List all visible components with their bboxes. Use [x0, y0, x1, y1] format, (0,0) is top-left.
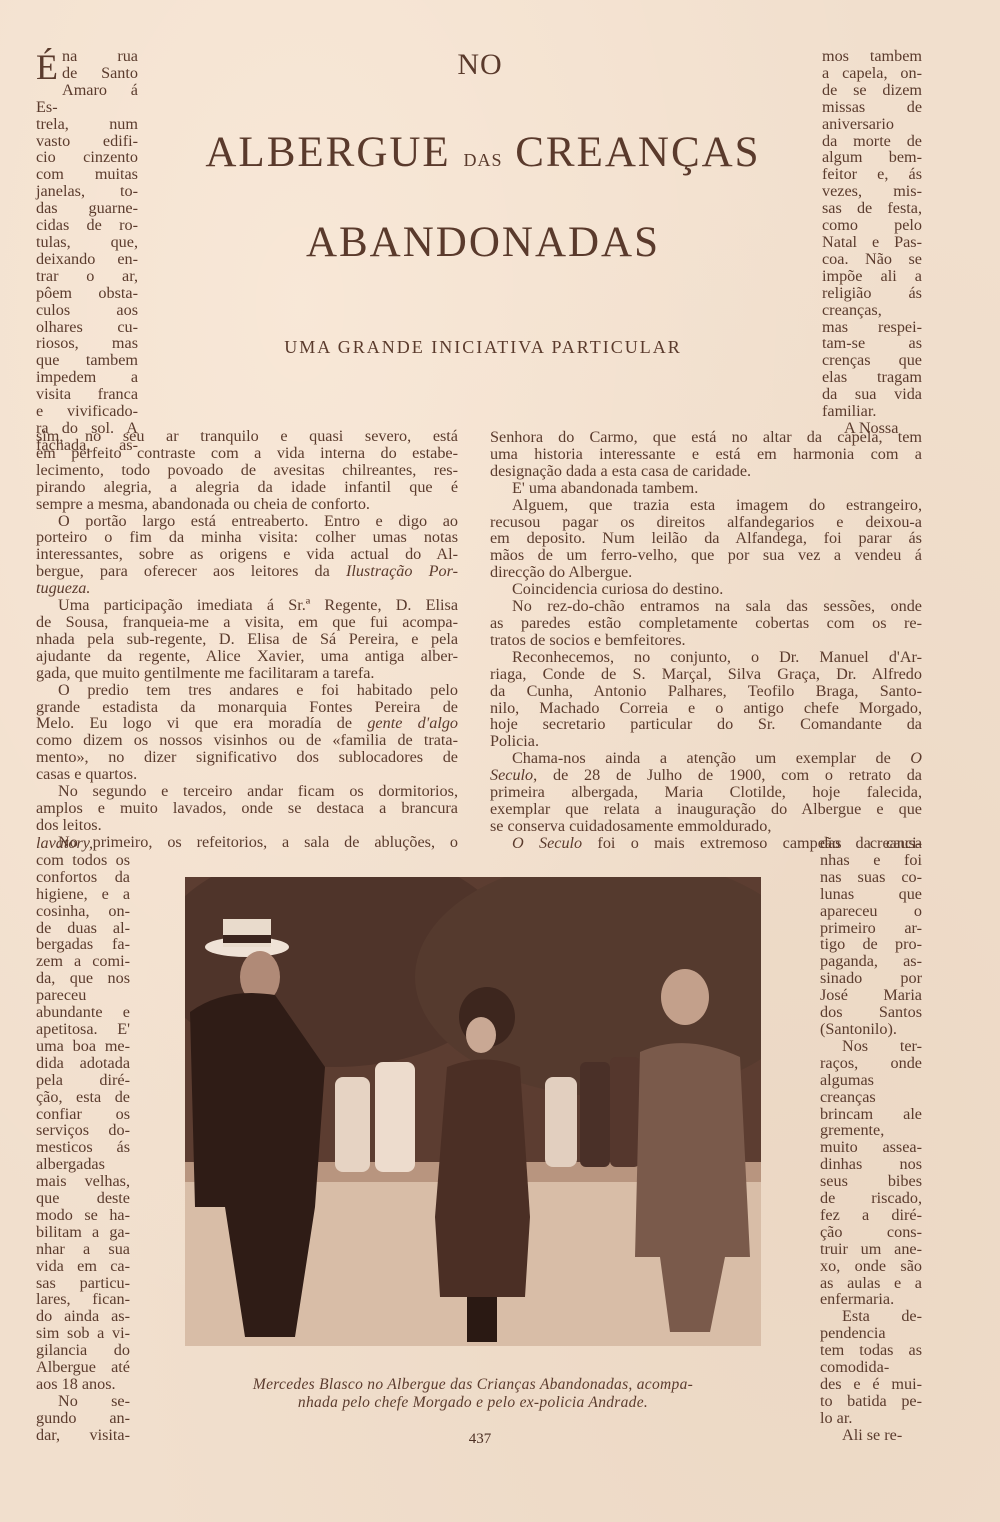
text-line: feitor e, ás: [822, 166, 922, 183]
text-line: lecimento, todo povoado de avesitas chil…: [36, 462, 458, 479]
right-bottom-column: das creanci-nhas e foinas suas co-lunas …: [820, 835, 922, 1444]
text-line: crenças que: [822, 352, 922, 369]
text-line: fez a diré-: [820, 1207, 922, 1224]
text-line: creanças: [820, 1089, 922, 1106]
text-line: sas de festa,: [822, 200, 922, 217]
text-line: das guarne-: [36, 200, 138, 217]
text-line: primeira albergada, Maria Clotilde, hoje…: [490, 784, 922, 801]
text-line: recusou pagar os direitos alfandegarios …: [490, 514, 922, 531]
text-line: lavatory,: [36, 835, 130, 852]
article-title-line2: ALBERGUE DAS CREANÇAS: [183, 128, 783, 177]
text-line: (Santonilo).: [820, 1021, 922, 1038]
text-line: enfermaria.: [820, 1291, 922, 1308]
italic-text: O Seculo: [512, 834, 582, 852]
text-line: dos leitos.: [36, 817, 458, 834]
text-line: ção cons-: [820, 1224, 922, 1241]
text-line: de se dizem: [822, 82, 922, 99]
right-wide-column: Senhora do Carmo, que está no altar da c…: [490, 429, 922, 852]
text-line: gremente,: [820, 1122, 922, 1139]
text-line: janelas, to-: [36, 183, 138, 200]
text-line: zem a comi-: [36, 953, 130, 970]
text-line: da sua vida: [822, 386, 922, 403]
text-line: Esta de-: [820, 1308, 922, 1325]
text-line: Uma participação imediata á Sr.ª Regente…: [36, 597, 458, 614]
text-line: tratos de socios e bemfeitores.: [490, 632, 922, 649]
article-photo: [185, 877, 761, 1346]
text-line: e vivificado-: [36, 403, 138, 420]
text-line: de riscado,: [820, 1190, 922, 1207]
text-line: dos Santos: [820, 1004, 922, 1021]
text-line: mento», no dizer significativo dos sublo…: [36, 749, 458, 766]
text-line: Coincidencia curiosa do destino.: [490, 581, 922, 598]
text-line: que tambem: [36, 352, 138, 369]
text-line: algumas: [820, 1072, 922, 1089]
text-line: pendencia: [820, 1325, 922, 1342]
italic-text: gente d'algo: [367, 714, 458, 732]
text-line: como pelo: [822, 217, 922, 234]
title-word-albergue: ALBERGUE: [205, 129, 450, 176]
text-line: das creanci-: [820, 835, 922, 852]
photo-scene-illustration: [185, 877, 761, 1346]
text-line: familiar.: [822, 403, 922, 420]
title-word-creancas: CREANÇAS: [515, 129, 760, 176]
article-subtitle: UMA GRANDE INICIATIVA PARTICULAR: [183, 337, 783, 358]
text-line: aos 18 anos.: [36, 1376, 130, 1393]
text-line: as aulas e a: [820, 1275, 922, 1292]
text-line: aniversario: [822, 116, 922, 133]
italic-text: lavatory,: [36, 834, 93, 852]
text-line: que deste: [36, 1190, 130, 1207]
text-line: paganda, as-: [820, 953, 922, 970]
text-line: Seculo, de 28 de Julho de 1900, com o re…: [490, 767, 922, 784]
text-line: Senhora do Carmo, que está no altar da c…: [490, 429, 922, 446]
text-line: trela, num: [36, 116, 138, 133]
text-line: mos tambem: [822, 48, 922, 65]
text-line: abundante e: [36, 1004, 130, 1021]
text-line: higiene, e a: [36, 886, 130, 903]
text-line: nhada pela sub-regente, D. Elisa de Sá P…: [36, 631, 458, 648]
text-line: direcção do Albergue.: [490, 564, 922, 581]
text-line: brincam ale: [820, 1106, 922, 1123]
text-line: truir um ane-: [820, 1241, 922, 1258]
text-line: xo, onde são: [820, 1258, 922, 1275]
text-line: do ainda as-: [36, 1308, 130, 1325]
text-line: sempre a mesma, abandonada ou cheia de c…: [36, 496, 458, 513]
text-line: Natal e Pas-: [822, 234, 922, 251]
text-line: uma historia interessante e está em harm…: [490, 446, 922, 463]
text-line: ajudante da regente, Alice Xavier, uma a…: [36, 648, 458, 665]
text-line: gundo an-: [36, 1410, 130, 1427]
text-line: sas particu-: [36, 1275, 130, 1292]
text-line: apareceu o: [820, 903, 922, 920]
title-word-das: DAS: [463, 150, 502, 170]
text-line: bergadas fa-: [36, 936, 130, 953]
text-line: apetitosa. E': [36, 1021, 130, 1038]
italic-text: tugueza.: [36, 579, 90, 597]
text-line: designação dada a esta casa de caridade.: [490, 463, 922, 480]
text-line: elas tragam: [822, 369, 922, 386]
text-line: impõe ali a: [822, 268, 922, 285]
text-line: impedem a: [36, 369, 138, 386]
text-line: nilo, Machado Correia e o antigo chefe M…: [490, 700, 922, 717]
text-line: nhas e foi: [820, 852, 922, 869]
text-line: comodida-: [820, 1359, 922, 1376]
left-bottom-column: lavatory,com todos osconfortos dahigiene…: [36, 835, 130, 1444]
text-line: cio cinzento: [36, 149, 138, 166]
text-line: sinado por: [820, 970, 922, 987]
text-line: No segundo e terceiro andar ficam os dor…: [36, 783, 458, 800]
text-line: lunas que: [820, 886, 922, 903]
text-line: tugueza.: [36, 580, 458, 597]
text-line: com muitas: [36, 166, 138, 183]
text-line: mais velhas,: [36, 1173, 130, 1190]
text-line: modo se ha-: [36, 1207, 130, 1224]
text-line: grande estadista da monarquia Fontes Per…: [36, 699, 458, 716]
text-line: vida em ca-: [36, 1258, 130, 1275]
text-line: bergue, para oferecer aos leitores da Il…: [36, 563, 458, 580]
text-line: vasto edifi-: [36, 133, 138, 150]
drop-cap: É: [36, 52, 58, 82]
text-line: Alguem, que trazia esta imagem do estran…: [490, 497, 922, 514]
text-line: amplos e muito lavados, onde se destaca …: [36, 800, 458, 817]
text-line: coa. Não se: [822, 251, 922, 268]
text-line: confiar os: [36, 1106, 130, 1123]
text-line: trar o ar,: [36, 268, 138, 285]
text-line: religião ás: [822, 285, 922, 302]
text-line: da Cunha, Antonio Palhares, Teofilo Brag…: [490, 683, 922, 700]
text-line: cosinha, on-: [36, 903, 130, 920]
text-line: culos aos: [36, 302, 138, 319]
text-line: dinhas nos: [820, 1156, 922, 1173]
text-line: serviços do-: [36, 1122, 130, 1139]
text-line: riosos, mas: [36, 335, 138, 352]
text-line: visita franca: [36, 386, 138, 403]
text-line: E' uma abandonada tambem.: [490, 480, 922, 497]
text-line: tulas, que,: [36, 234, 138, 251]
text-line: sim, no seu ar tranquilo e quasi severo,…: [36, 428, 458, 445]
text-line: No se-: [36, 1393, 130, 1410]
text-line: interessantes, sobre as origens e vida a…: [36, 546, 458, 563]
photo-caption-line2: nhada pelo chefe Morgado e pelo ex-polic…: [190, 1394, 756, 1412]
text-line: des e é mui-: [820, 1376, 922, 1393]
text-line: primeiro ar-: [820, 920, 922, 937]
text-line: Chama-nos ainda a atenção um exemplar de…: [490, 750, 922, 767]
text-line: Melo. Eu logo vi que era moradía de gent…: [36, 715, 458, 732]
text-line: porteiro o fim da minha visita: colher u…: [36, 529, 458, 546]
italic-text: O: [910, 749, 922, 767]
text-line: confortos da: [36, 869, 130, 886]
text-line: nas suas co-: [820, 869, 922, 886]
text-line: Policia.: [490, 733, 922, 750]
text-line: mas respei-: [822, 319, 922, 336]
text-line: cidas de ro-: [36, 217, 138, 234]
text-line: creanças,: [822, 302, 922, 319]
text-line: bilitam a ga-: [36, 1224, 130, 1241]
text-line: mesticos ás: [36, 1139, 130, 1156]
text-line: tem todas as: [820, 1342, 922, 1359]
text-line: dida adotada: [36, 1055, 130, 1072]
text-line: deixando en-: [36, 251, 138, 268]
text-line: mãos de um ferro-velho, que por sua vez …: [490, 547, 922, 564]
photo-caption: Mercedes Blasco no Albergue das Crianças…: [190, 1376, 756, 1412]
text-line: riaga, Conde de S. Marçal, Silva Graça, …: [490, 666, 922, 683]
text-line: pôem obsta-: [36, 285, 138, 302]
text-line: Reconhecemos, no conjunto, o Dr. Manuel …: [490, 649, 922, 666]
text-line: lares, fican-: [36, 1291, 130, 1308]
text-line: seus bibes: [820, 1173, 922, 1190]
text-line: com todos os: [36, 852, 130, 869]
text-line: tam-se as: [822, 335, 922, 352]
text-line: albergadas: [36, 1156, 130, 1173]
right-top-column: mos tambema capela, on-de se dizemmissas…: [822, 48, 922, 437]
text-line: da, que nos: [36, 970, 130, 987]
text-line: nhar a sua: [36, 1241, 130, 1258]
text-line: como dizem os nossos visinhos ou de «fam…: [36, 732, 458, 749]
text-line: as paredes estão completamente cobertas …: [490, 615, 922, 632]
text-line: a capela, on-: [822, 65, 922, 82]
text-line: José Maria: [820, 987, 922, 1004]
text-line: missas de: [822, 99, 922, 116]
text-line: muito assea-: [820, 1139, 922, 1156]
text-line: to batida pe-: [820, 1393, 922, 1410]
text-line: Nos ter-: [820, 1038, 922, 1055]
text-line: O predio tem tres andares e foi habitado…: [36, 682, 458, 699]
text-line: pareceu: [36, 987, 130, 1004]
article-title-line3: ABANDONADAS: [183, 218, 783, 267]
photo-caption-line1: Mercedes Blasco no Albergue das Crianças…: [190, 1376, 756, 1394]
text-line: gada, que muito gentilmente me facilitar…: [36, 665, 458, 682]
left-wide-column: sim, no seu ar tranquilo e quasi severo,…: [36, 428, 458, 851]
text-line: uma boa me-: [36, 1038, 130, 1055]
text-line: olhares cu-: [36, 319, 138, 336]
text-line: de duas al-: [36, 920, 130, 937]
italic-text: Ilustração Por-: [346, 562, 458, 580]
text-line: No rez-do-chão entramos na sala das sess…: [490, 598, 922, 615]
text-line: raços, onde: [820, 1055, 922, 1072]
text-line: da morte de: [822, 133, 922, 150]
text-line: vezes, mis-: [822, 183, 922, 200]
italic-text: Seculo: [490, 766, 533, 784]
text-line: ção, esta de: [36, 1089, 130, 1106]
text-line: pela diré-: [36, 1072, 130, 1089]
text-line: pirando alegria, a alegria da idade infa…: [36, 479, 458, 496]
text-line: tigo de pro-: [820, 936, 922, 953]
text-line: exemplar que relata a inauguração do Alb…: [490, 801, 922, 818]
text-line: sim sob a vi-: [36, 1325, 130, 1342]
text-line: lo ar.: [820, 1410, 922, 1427]
text-line: Albergue até: [36, 1359, 130, 1376]
text-line: O portão largo está entreaberto. Entro e…: [36, 513, 458, 530]
text-line: algum bem-: [822, 149, 922, 166]
text-line: em deposito. Num leilão da Alfandega, fo…: [490, 530, 922, 547]
text-line: em perfeito contraste com a vida interna…: [36, 445, 458, 462]
left-top-column: É na ruade SantoAmaro á Es-trela, numvas…: [36, 48, 138, 454]
page-number: 437: [0, 1431, 960, 1448]
article-title-line1: NO: [0, 48, 960, 82]
text-line: se conserva cuidadosamente emmoldurado,: [490, 818, 922, 835]
text-line: de Sousa, franqueia-me a visita, em que …: [36, 614, 458, 631]
text-line: hoje secretario particular do Sr. Comand…: [490, 716, 922, 733]
text-line: casas e quartos.: [36, 766, 458, 783]
text-line: gilancia do: [36, 1342, 130, 1359]
